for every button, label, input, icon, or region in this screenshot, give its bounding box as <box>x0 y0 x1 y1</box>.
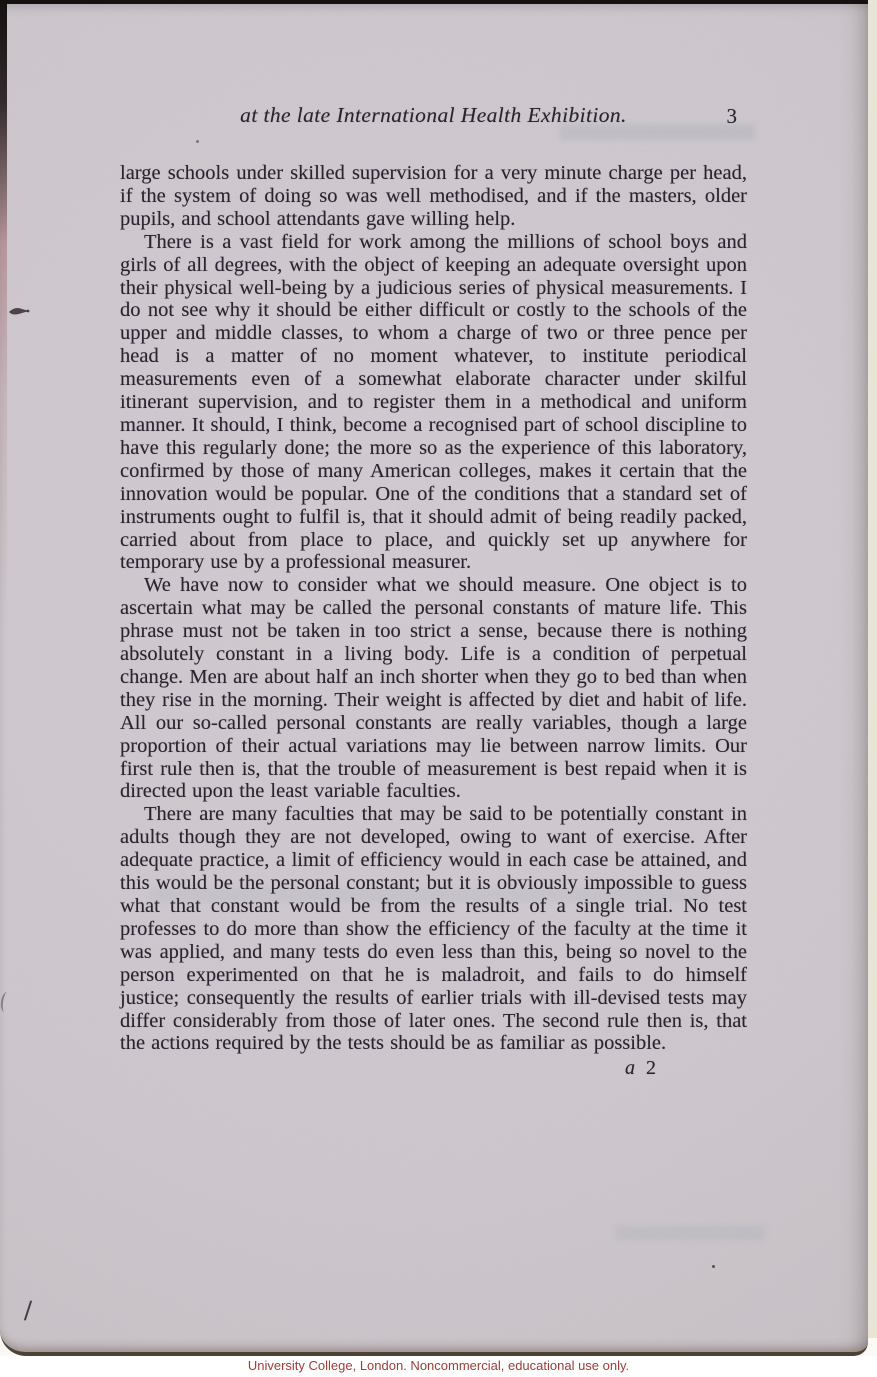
running-header-title: at the late International Health Exhibit… <box>240 103 627 127</box>
ink-blot-mark <box>8 302 32 325</box>
paragraph: There is a vast field for work among the… <box>120 231 747 575</box>
scanned-page: at the late International Health Exhibit… <box>0 0 877 1377</box>
signature-numeral: 2 <box>646 1057 656 1079</box>
scan-top-edge <box>0 0 868 4</box>
running-header-row: at the late International Health Exhibit… <box>120 103 747 135</box>
library-watermark: University College, London. Noncommercia… <box>0 1356 877 1377</box>
body-text-block: large schools under skilled supervision … <box>120 162 747 1080</box>
ink-speck <box>196 140 199 143</box>
scan-left-edge <box>0 0 7 640</box>
printer-signature-mark: a2 <box>120 1057 747 1080</box>
paragraph: There are many faculties that may be sai… <box>120 803 747 1055</box>
paragraph: We have now to consider what we should m… <box>120 574 747 803</box>
ink-speck <box>712 1265 715 1268</box>
signature-letter: a <box>625 1057 635 1079</box>
adjacent-page-edge <box>868 0 877 1338</box>
page-number: 3 <box>727 104 738 129</box>
library-watermark-text: University College, London. Noncommercia… <box>248 1358 629 1373</box>
paragraph: large schools under skilled supervision … <box>120 162 747 231</box>
